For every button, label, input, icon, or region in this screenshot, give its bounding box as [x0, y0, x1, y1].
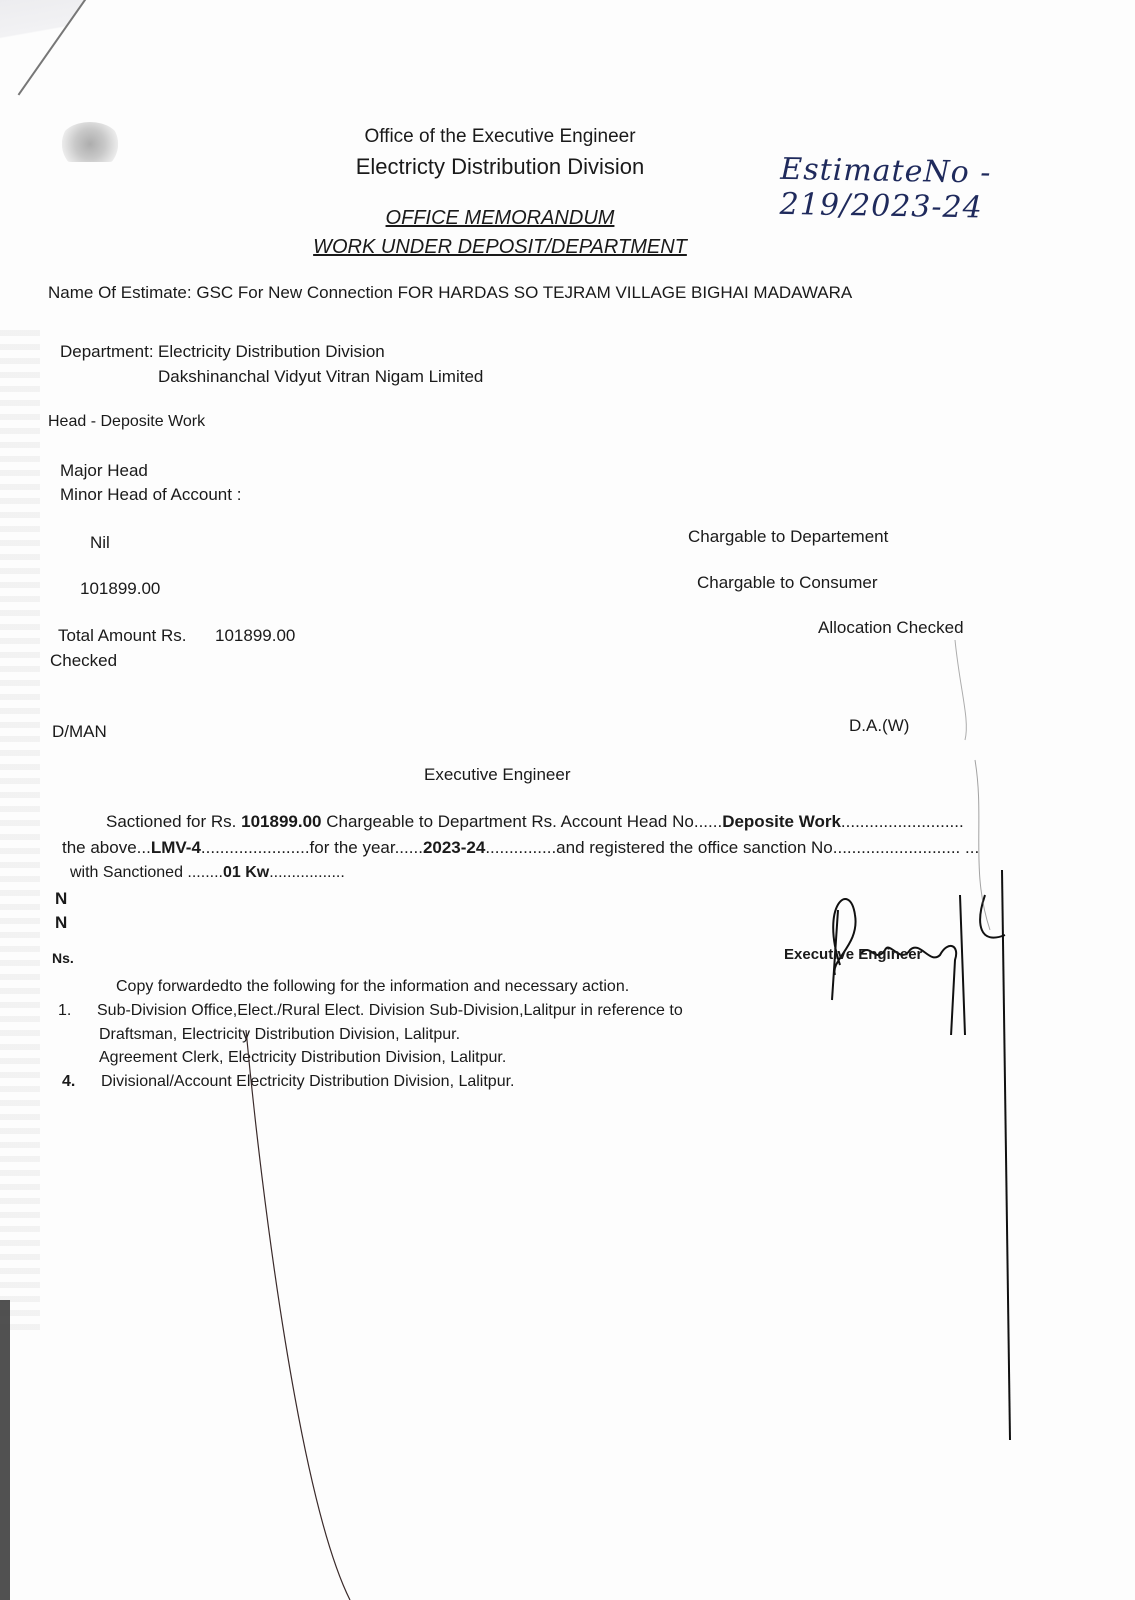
memorandum-page: Office of the Executive Engineer Electri…	[0, 0, 1135, 1600]
paper-crease-lines	[0, 0, 1135, 1600]
